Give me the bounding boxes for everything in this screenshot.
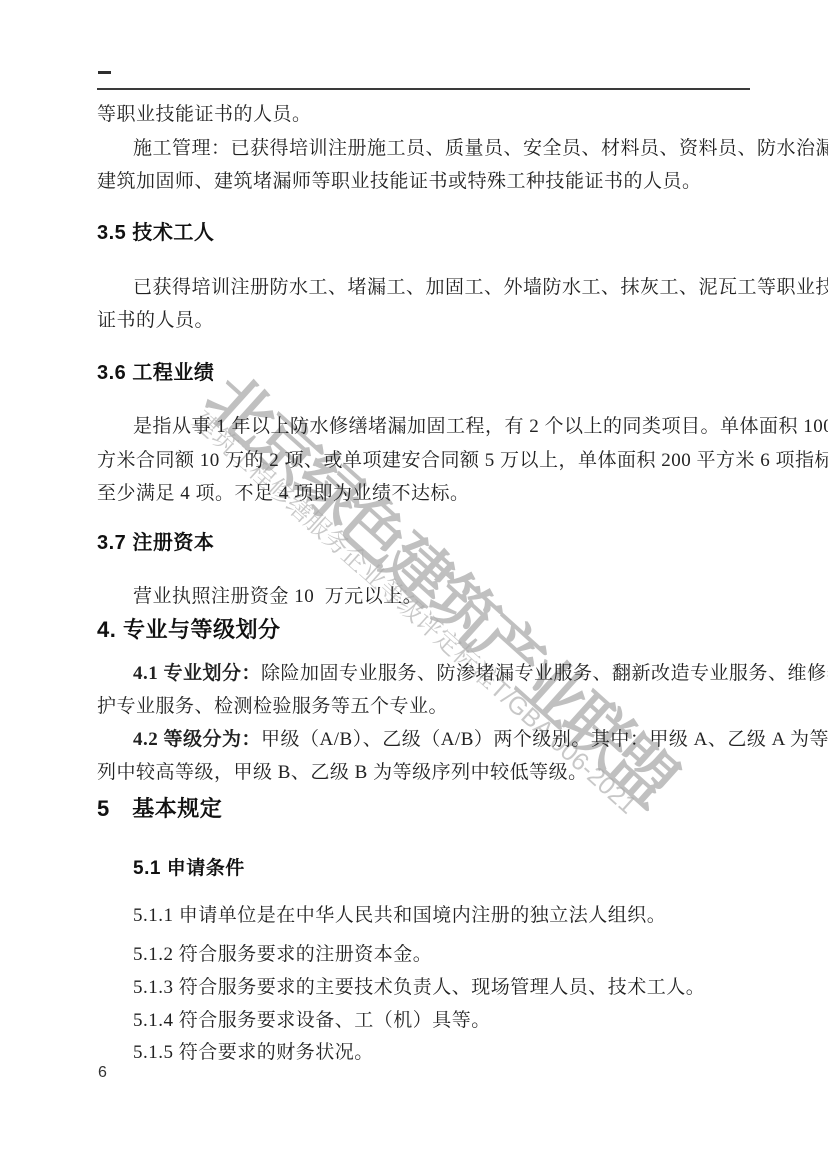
section-4-heading: 4. 专业与等级划分 (97, 618, 280, 641)
paragraph-construction-mgmt-line1: 施工管理：已获得培训注册施工员、质量员、安全员、材料员、资料员、防水治漏师、 (133, 137, 828, 160)
paragraph-construction-mgmt-line2: 建筑加固师、建筑堵漏师等职业技能证书或特殊工种技能证书的人员。 (97, 170, 702, 193)
section-4-2-line1: 4.2 等级分为：甲级（A/B）、乙级（A/B）两个级别。其中：甲级 A、乙级 … (133, 728, 828, 751)
section-5-1-heading: 5.1 申请条件 (133, 857, 245, 880)
section-3-5-heading: 3.5 技术工人 (97, 222, 214, 245)
section-4-2-label: 4.2 等级分为： (133, 729, 261, 750)
section-3-6-line1: 是指从事 1 年以上防水修缮堵漏加固工程，有 2 个以上的同类项目。单体面积 1… (133, 415, 828, 438)
section-3-5-line1: 已获得培训注册防水工、堵漏工、加固工、外墙防水工、抹灰工、泥瓦工等职业技能 (133, 276, 828, 299)
section-5-1-3-item: 5.1.3 符合服务要求的主要技术负责人、现场管理人员、技术工人。 (133, 976, 705, 999)
section-5-heading: 5 基本规定 (97, 797, 222, 820)
section-4-1-line2: 护专业服务、检测检验服务等五个专业。 (97, 695, 448, 718)
section-4-1-label: 4.1 专业划分： (133, 663, 261, 684)
section-3-6-heading: 3.6 工程业绩 (97, 362, 214, 385)
section-5-1-2-item: 5.1.2 符合服务要求的注册资本金。 (133, 943, 432, 966)
section-3-7-line1: 营业执照注册资金 10 万元以上。 (133, 585, 422, 608)
section-3-7-heading: 3.7 注册资本 (97, 532, 214, 555)
section-5-1-5-item: 5.1.5 符合要求的财务状况。 (133, 1041, 374, 1064)
section-4-2-text: 甲级（A/B）、乙级（A/B）两个级别。其中：甲级 A、乙级 A 为等级序 (261, 729, 828, 750)
document-page: 北京绿色建筑产业联盟 建筑工程修缮服务企业等级评定标准T/GBA 006-202… (0, 0, 828, 1170)
section-4-1-line1: 4.1 专业划分：除险加固专业服务、防渗堵漏专业服务、翻新改造专业服务、维修养 (133, 662, 828, 685)
paragraph-continuation: 等职业技能证书的人员。 (97, 103, 312, 126)
header-dash (98, 71, 111, 74)
section-3-6-line3: 至少满足 4 项。不足 4 项即为业绩不达标。 (97, 482, 470, 505)
section-4-1-text: 除险加固专业服务、防渗堵漏专业服务、翻新改造专业服务、维修养 (261, 663, 828, 684)
section-5-1-1-item: 5.1.1 申请单位是在中华人民共和国境内注册的独立法人组织。 (133, 904, 666, 927)
section-5-1-4-item: 5.1.4 符合服务要求设备、工（机）具等。 (133, 1009, 491, 1032)
section-3-6-line2: 方米合同额 10 万的 2 项、或单项建安合同额 5 万以上，单体面积 200 … (97, 449, 828, 472)
page-number: 6 (98, 1064, 107, 1082)
header-rule (97, 88, 750, 90)
section-3-5-line2: 证书的人员。 (97, 309, 214, 332)
section-4-2-line2: 列中较高等级，甲级 B、乙级 B 为等级序列中较低等级。 (97, 761, 588, 784)
